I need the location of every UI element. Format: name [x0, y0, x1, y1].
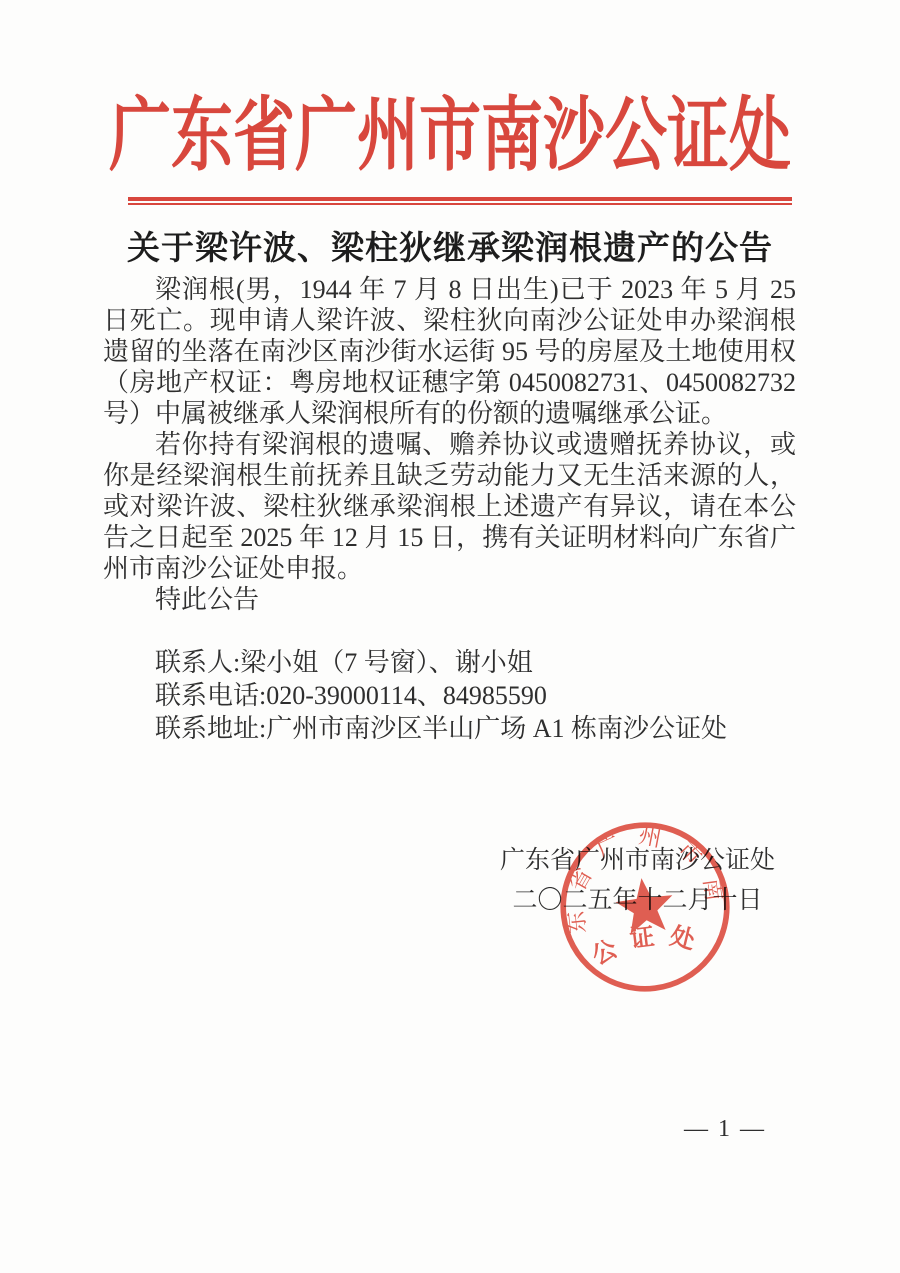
letterhead-divider [128, 197, 792, 205]
letterhead-org-name: 广东省广州市南沙公证处 [0, 71, 900, 187]
notary-notice-document: 广东省广州市南沙公证处 关于梁许波、梁柱狄继承梁润根遗产的公告 梁润根(男，19… [0, 0, 900, 1273]
notice-paragraph-1: 梁润根(男，1944 年 7 月 8 日出生)已于 2023 年 5 月 25 … [103, 274, 796, 429]
notice-title: 关于梁许波、梁柱狄继承梁润根遗产的公告 [0, 222, 900, 269]
notice-paragraph-2: 若你持有梁润根的遗嘱、赡养协议或遗赠抚养协议，或你是经梁润根生前抚养且缺乏劳动能… [103, 429, 796, 584]
signature-block: 广东省广州市南沙公证处 二〇二五年十二月十日 [480, 841, 795, 921]
seal-bottom-text: 公证处 [586, 916, 714, 972]
contact-address: 联系地址:广州市南沙区半山广场 A1 栋南沙公证处 [103, 712, 796, 745]
contact-phone: 联系电话:020-39000114、84985590 [103, 679, 796, 712]
notice-body: 梁润根(男，1944 年 7 月 8 日出生)已于 2023 年 5 月 25 … [103, 274, 796, 745]
contact-person: 联系人:梁小姐（7 号窗）、谢小姐 [103, 646, 796, 679]
signature-date: 二〇二五年十二月十日 [480, 881, 795, 921]
signature-org: 广东省广州市南沙公证处 [480, 841, 795, 881]
page-number: — 1 — [640, 1116, 810, 1143]
divider-thin-line [128, 203, 792, 205]
divider-thick-line [128, 197, 792, 201]
contact-block: 联系人:梁小姐（7 号窗）、谢小姐 联系电话:020-39000114、8498… [103, 646, 796, 745]
notice-closing: 特此公告 [103, 584, 796, 615]
